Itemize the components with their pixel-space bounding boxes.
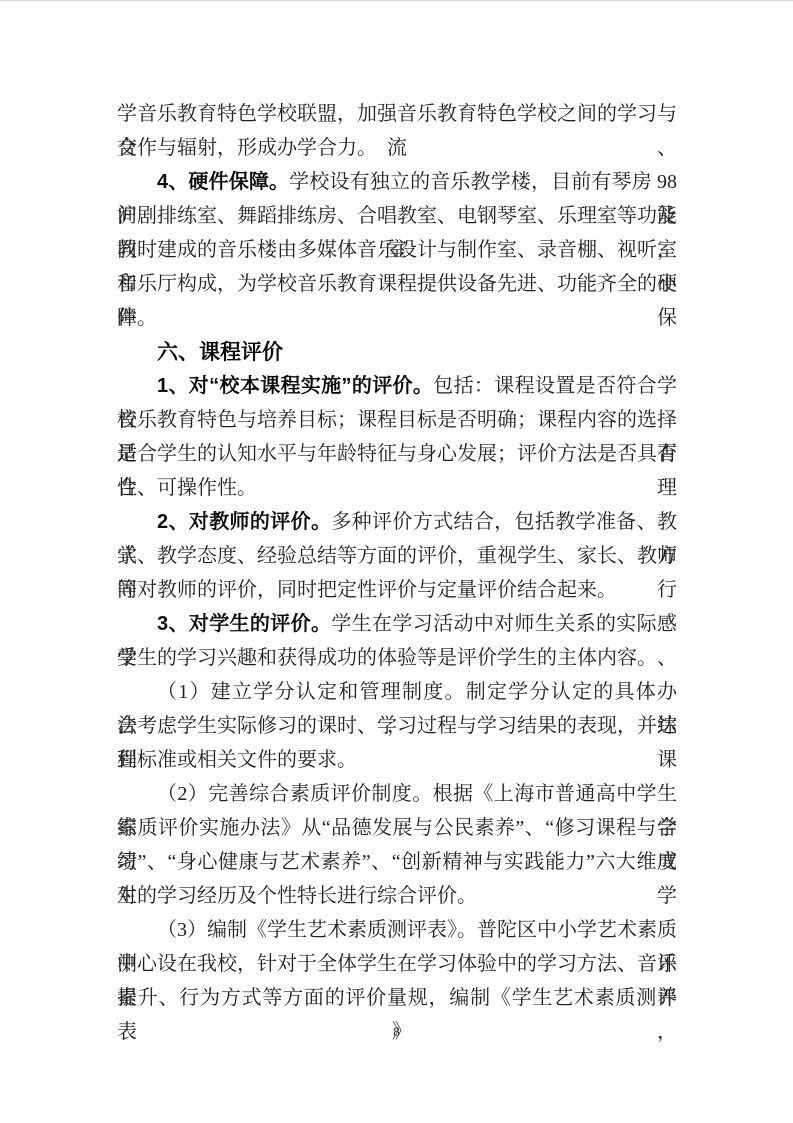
text-segment: 音乐厅构成，为学校音乐教育课程提供设备先进、功能齐全的硬件保: [117, 273, 677, 329]
text-line: 素质评价实施办法》从“品德发展与公民素养”、“修习课程与学习成: [117, 811, 677, 845]
bold-text-segment: 4、硬件保障。: [157, 171, 289, 193]
bold-text-segment: 2、对教师的评价。: [157, 511, 331, 533]
text-line: 式、教学态度、经验总结等方面的评价，重视学生、家长、教师同行: [117, 539, 677, 573]
text-line: 同时建成的音乐楼由多媒体音乐设计与制作室、录音棚、视听室和小: [117, 233, 677, 267]
text-segment: 等对教师的评价，同时把定性评价与定量评价结合起来。: [117, 579, 617, 601]
text-line: 适合学生的认知水平与年龄特征与身心发展；评价方法是否具有合理: [117, 437, 677, 471]
text-segment: 学生的学习兴趣和获得成功的体验等是评价学生的主体内容。: [117, 647, 657, 669]
page-number: 8: [393, 1024, 400, 1039]
text-line: 音乐教育特色与培养目标；课程目标是否明确；课程内容的选择是否: [117, 403, 677, 437]
text-block: 学音乐教育特色学校联盟，加强音乐教育特色学校之间的学习与交流、合作与辐射，形成办…: [117, 97, 677, 1015]
text-line: 1、对“校本课程实施”的评价。包括：课程设置是否符合学校: [117, 369, 677, 403]
text-line: 学生的学习兴趣和获得成功的体验等是评价学生的主体内容。: [117, 641, 677, 675]
text-line: 音乐厅构成，为学校音乐教育课程提供设备先进、功能齐全的硬件保: [117, 267, 677, 301]
text-line: 4、硬件保障。学校设有独立的音乐教学楼，目前有琴房 98 间及: [117, 165, 677, 199]
text-line: 2、对教师的评价。多种评价方式结合，包括教学准备、教学方: [117, 505, 677, 539]
text-segment: 障。: [117, 307, 157, 329]
text-line: （2）完善综合素质评价制度。根据《上海市普通高中学生综合: [117, 777, 677, 811]
text-segment: 生的学习经历及个性特长进行综合评价。: [117, 885, 477, 907]
text-line: 绩”、“身心健康与艺术素养”、“创新精神与实践能力”六大维度对学: [117, 845, 677, 879]
text-line: （3）编制《学生艺术素质测评表》。普陀区中小学艺术素质测评: [117, 913, 677, 947]
text-line: 沪剧排练室、舞蹈排练房、合唱教室、电钢琴室、乐理室等功能教室，: [117, 199, 677, 233]
text-line: 学音乐教育特色学校联盟，加强音乐教育特色学校之间的学习与交流、: [117, 97, 677, 131]
text-line: 提升、行为方式等方面的评价量规，编制《学生艺术素质测评表》，: [117, 981, 677, 1015]
text-line: 合考虑学生实际修习的课时、学习过程与学习结果的表现，并达到课: [117, 709, 677, 743]
text-line: 3、对学生的评价。学生在学习活动中对师生关系的实际感受、: [117, 607, 677, 641]
document-page: 学音乐教育特色学校联盟，加强音乐教育特色学校之间的学习与交流、合作与辐射，形成办…: [0, 0, 793, 1123]
page-footer: 8: [0, 1023, 793, 1041]
bold-text-segment: 3、对学生的评价。: [157, 613, 331, 635]
text-line: 中心设在我校，针对于全体学生在学习体验中的学习方法、音乐素养: [117, 947, 677, 981]
section-heading: 六、课程评价: [117, 335, 677, 369]
text-segment: 性、可操作性。: [117, 477, 257, 499]
text-line: 等对教师的评价，同时把定性评价与定量评价结合起来。: [117, 573, 677, 607]
text-segment: 合作与辐射，形成办学合力。: [117, 137, 377, 159]
bold-text-segment: 六、课程评价: [157, 341, 283, 364]
text-line: （1）建立学分认定和管理制度。制定学分认定的具体办法，综: [117, 675, 677, 709]
bold-text-segment: 1、对“校本课程实施”的评价。: [157, 375, 433, 397]
text-segment: 程标准或相关文件的要求。: [117, 749, 357, 771]
